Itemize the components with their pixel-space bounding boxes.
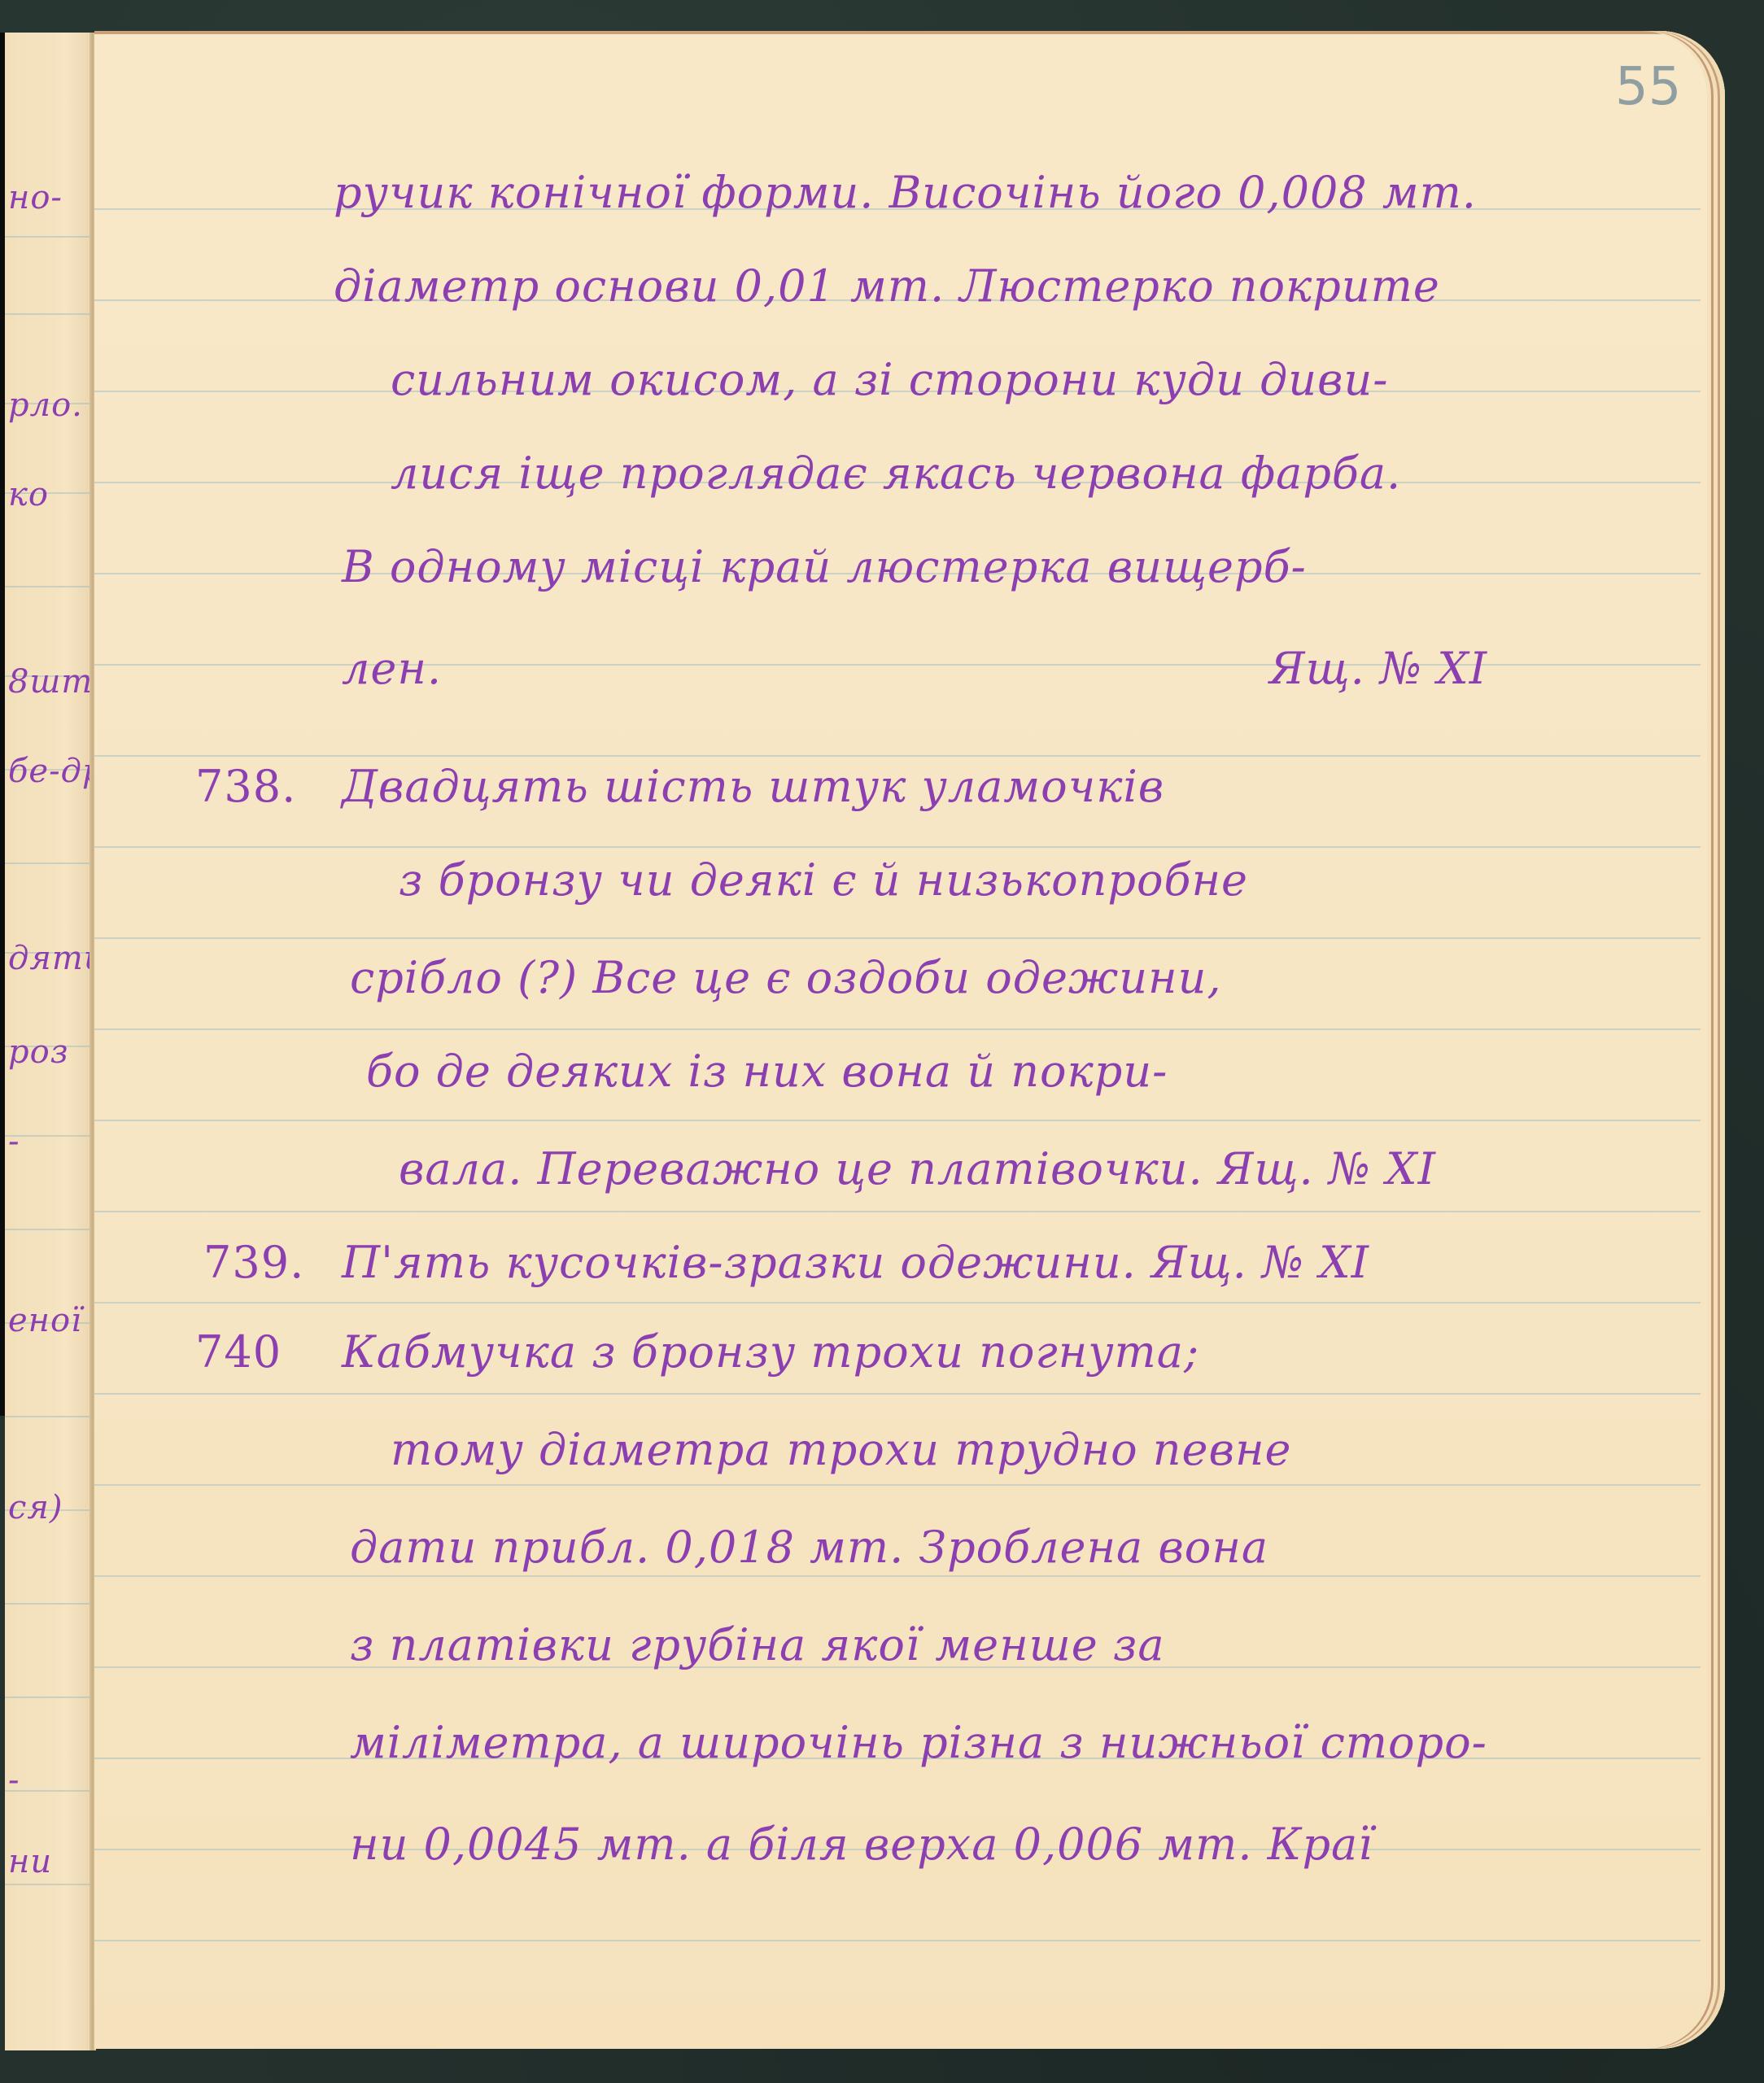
- text-line: сильним окисом, а зі сторони куди диви-: [391, 354, 1388, 405]
- text-line: з платівки грубіна якої менше за: [350, 1619, 1165, 1670]
- ruled-line: [5, 236, 93, 238]
- left-fragment: рло.: [8, 386, 83, 424]
- left-fragment: ни: [8, 1843, 52, 1880]
- left-page: но- рло. ко 8шт. бе-др. дять роз - еної …: [5, 33, 93, 2050]
- entry-number: 740: [195, 1326, 282, 1378]
- text-line: ни 0,0045 мт. а біля верха 0,006 мт. Кра…: [350, 1819, 1373, 1870]
- ruled-line: [94, 846, 1701, 848]
- left-fragment: но-: [8, 179, 63, 216]
- text-line: міліметра, а широчінь різна з нижньої ст…: [350, 1717, 1487, 1768]
- left-fragment: дять: [8, 940, 103, 977]
- text-line: Кабмучка з бронзу трохи погнута;: [342, 1326, 1199, 1378]
- ruled-line: [5, 1229, 93, 1230]
- ruled-line: [5, 1884, 93, 1885]
- ruled-line: [5, 1416, 93, 1417]
- box-reference: Ящ. № XI: [1269, 643, 1487, 694]
- ruled-line: [5, 1697, 93, 1698]
- left-fragment: ся): [8, 1489, 63, 1526]
- entry-number: 739.: [203, 1237, 304, 1288]
- text-line: Двадцять шість штук уламочків: [342, 761, 1164, 812]
- ruled-line: [94, 755, 1701, 757]
- ruled-line: [5, 586, 93, 587]
- ruled-line: [94, 1484, 1701, 1486]
- text-line: з бронзу чи деякі є й низькопробне: [399, 854, 1248, 906]
- text-line: лися іще проглядає якась червона фарба.: [391, 448, 1401, 499]
- text-line: срібло (?) Все це є оздоби одежини,: [350, 952, 1222, 1003]
- text-line: тому діаметра трохи трудно певне: [391, 1424, 1291, 1475]
- ruled-line: [5, 1603, 93, 1605]
- text-line: вала. Переважно це платівочки. Ящ. № XI: [399, 1143, 1436, 1194]
- entry-number: 738.: [195, 761, 296, 812]
- text-line: В одному місці край люстерка вищерб-: [342, 541, 1307, 592]
- text-line: бо де деяких із них вона й покри-: [366, 1046, 1168, 1097]
- ruled-line: [5, 313, 93, 315]
- text-line: лен.: [342, 643, 442, 694]
- ruled-line: [94, 1575, 1701, 1577]
- page-number: 55: [1615, 57, 1681, 117]
- text-line: ручик конічної форми. Височінь його 0,00…: [334, 167, 1477, 218]
- left-fragment: ко: [8, 476, 49, 513]
- text-line: діаметр основи 0,01 мт. Люстерко покрите: [334, 260, 1440, 312]
- ruled-line: [94, 1393, 1701, 1395]
- ruled-line: [94, 1940, 1701, 1941]
- ruled-line: [94, 1120, 1701, 1121]
- text-line: дати прибл. 0,018 мт. Зроблена вона: [350, 1522, 1268, 1573]
- left-fragment: -: [8, 1762, 20, 1799]
- ruled-line: [94, 1211, 1701, 1212]
- ruled-line: [5, 862, 93, 864]
- left-fragment: роз: [8, 1033, 69, 1071]
- ruled-line: [94, 937, 1701, 939]
- left-fragment: -: [8, 1123, 20, 1160]
- left-fragment: еної: [8, 1302, 82, 1339]
- ruled-line: [94, 1028, 1701, 1030]
- text-line: П'ять кусочків-зразки одежини. Ящ. № XI: [342, 1237, 1369, 1288]
- ruled-line: [94, 1302, 1701, 1304]
